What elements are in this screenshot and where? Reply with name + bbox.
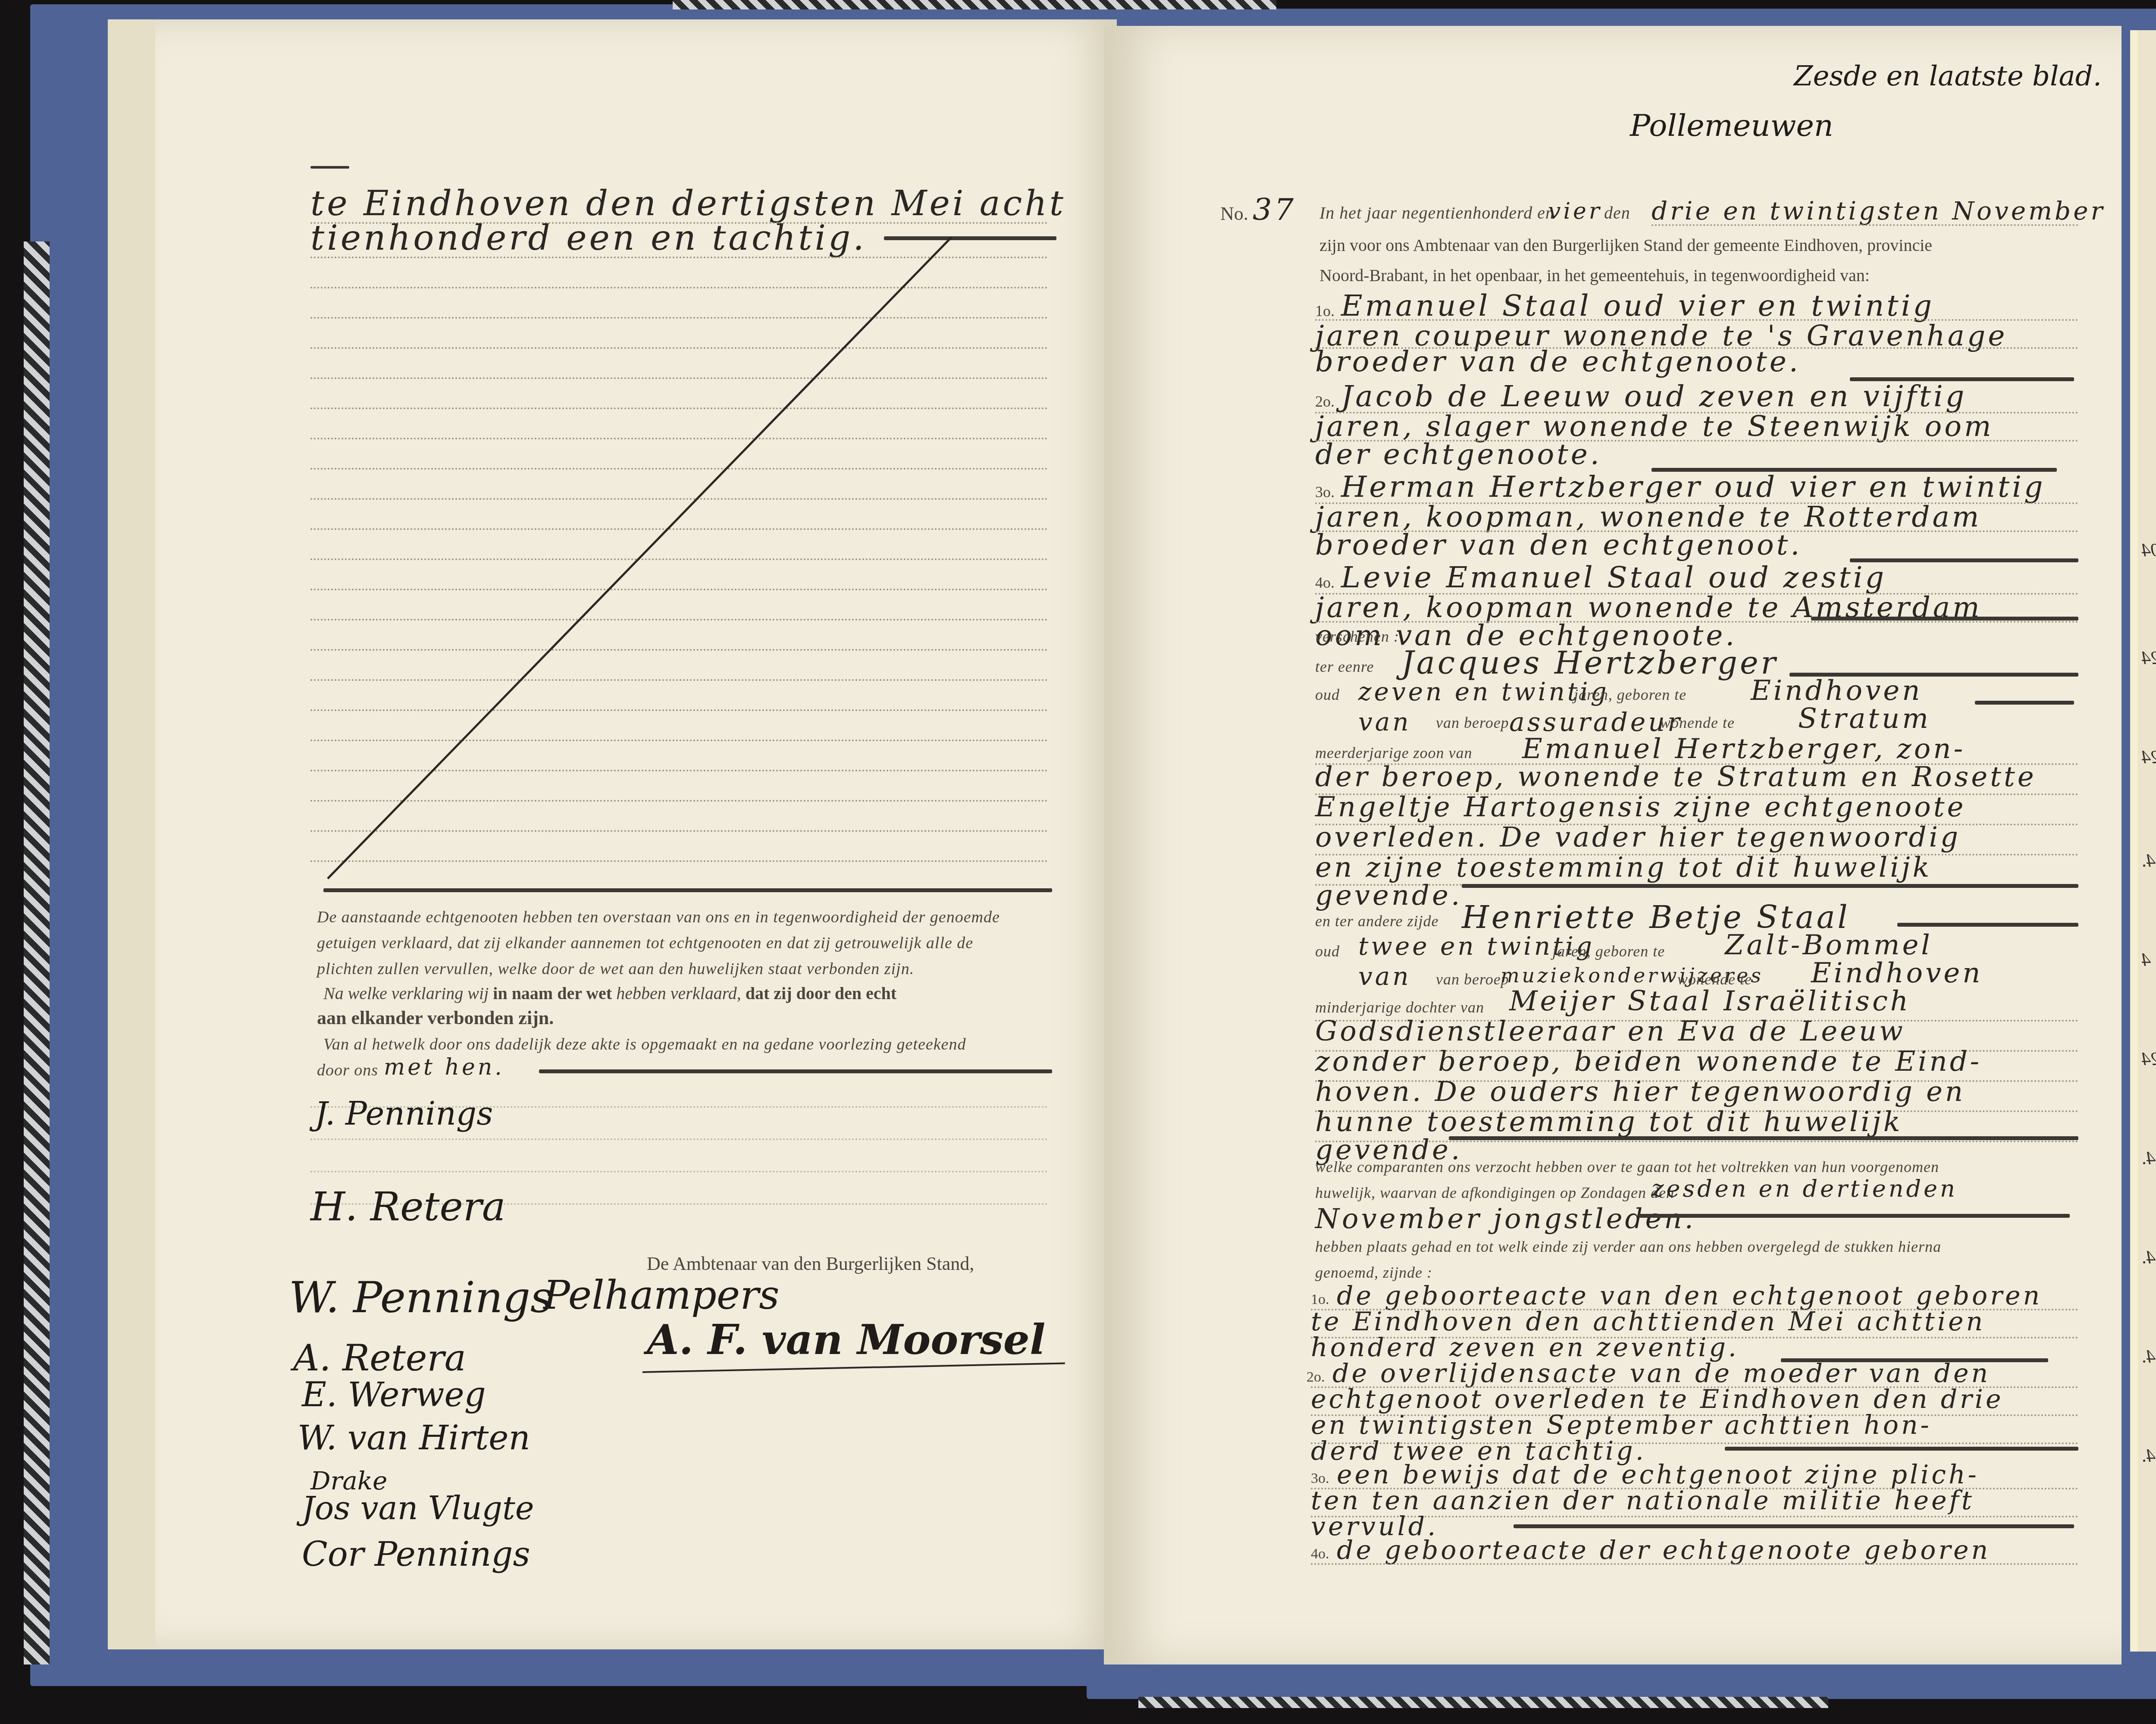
- top-note-sheet: Zesde en laatste blad.: [1794, 60, 2102, 92]
- dotted-rule: [310, 257, 1048, 258]
- dotted-rule: [310, 649, 1048, 651]
- dotted-rule: [310, 860, 1048, 862]
- groom-birthplace: Eindhoven: [1751, 675, 1922, 707]
- dotted-rule: [310, 287, 1048, 288]
- left-header-line2: tienhonderd een en tachtig.: [310, 218, 867, 258]
- witness-number: 4o.: [1315, 574, 1335, 592]
- handwritten-met-hen: met hen.: [384, 1054, 505, 1080]
- dotted-rule: [310, 407, 1048, 409]
- printed-door-ons: door ons: [317, 1061, 378, 1080]
- banns-dates: zesden en dertienden: [1651, 1175, 1958, 1202]
- signature-witness: E. Werweg: [302, 1376, 486, 1414]
- witness-line: broeder van de echtgenoote.: [1315, 345, 1801, 378]
- dotted-rule: [310, 619, 1048, 621]
- wonende-te-label: wonende te: [1660, 714, 1735, 732]
- closing-bar: [1639, 1214, 2070, 1218]
- left-page: [108, 19, 1117, 1649]
- printed-pronouncement-line2: aan elkander verbonden zijn.: [317, 1007, 554, 1029]
- documents-intro-line2: genoemd, zijnde :: [1315, 1263, 1432, 1282]
- witness-number: 2o.: [1315, 392, 1335, 411]
- dotted-rule: [310, 498, 1048, 500]
- dotted-rule: [1311, 1563, 2078, 1565]
- margin-annotation: 4.: [2141, 849, 2156, 871]
- pronouncement-italic-b: hebben verklaard,: [616, 984, 741, 1003]
- signature-official: A. F. van Moorsel: [647, 1315, 1045, 1364]
- dotted-rule: [310, 740, 1048, 741]
- margin-annotation: 1904: [2141, 539, 2156, 561]
- bride-parents-line: Meijer Staal Israëlitisch: [1509, 985, 1911, 1017]
- ter-eenre-label: ter eenre: [1315, 658, 1374, 676]
- printed-signing-statement: Van al hetwelk door ons dadelijk deze ak…: [323, 1035, 966, 1054]
- signature-witness: H. Retera: [310, 1184, 506, 1230]
- van-beroep-label: van beroep: [1436, 714, 1509, 732]
- lace-edge-left: [24, 241, 50, 1664]
- dotted-rule: [310, 558, 1048, 560]
- official-title: De Ambtenaar van den Burgerlijken Stand,: [647, 1253, 974, 1275]
- dotted-rule: [310, 1171, 1048, 1172]
- margin-annotation: 24: [2141, 746, 2156, 768]
- closing-bar: [1514, 1524, 2074, 1528]
- signature-witness: Cor Pennings: [302, 1535, 530, 1574]
- top-note-signature: Pollemeuwen: [1630, 108, 1833, 143]
- request-line2: huwelijk, waarvan de afkondigingen op Zo…: [1315, 1184, 1674, 1202]
- signature-witness: J. Pennings: [315, 1095, 493, 1132]
- documents-intro-line1: hebben plaats gehad en tot welk einde zi…: [1315, 1238, 1941, 1256]
- document-number: 4o.: [1311, 1546, 1329, 1562]
- bride-parents-line: hoven. De ouders hier tegenwoordig en: [1315, 1076, 1965, 1108]
- ter-andere-zijde-label: en ter andere zijde: [1315, 912, 1439, 930]
- zoon-van-label: meerderjarige zoon van: [1315, 744, 1473, 762]
- intro-date-hand: drie en twintigsten November: [1651, 196, 2105, 226]
- printed-pronouncement-line1: Na welke verklaring wij in naam der wet …: [323, 983, 896, 1003]
- bride-parents-line: hunne toestemming tot dit huwelijk: [1315, 1106, 1903, 1138]
- signature-witness: W. Pennings: [289, 1272, 552, 1323]
- closing-bar: [1811, 617, 2078, 621]
- pronouncement-bold-b: dat zij door den echt: [746, 984, 896, 1003]
- dotted-rule: [310, 830, 1048, 832]
- dotted-rule: [310, 1138, 1048, 1140]
- lace-edge-bottom: [1138, 1697, 1828, 1708]
- closing-bar: [1462, 884, 2078, 888]
- closing-bar: [1725, 1447, 2078, 1451]
- document-line: de geboorteacte der echtgenoote geboren: [1337, 1535, 1990, 1565]
- request-line1: welke comparanten ons verzocht hebben ov…: [1315, 1158, 1939, 1176]
- closing-bar: [884, 236, 1056, 240]
- oud-label: oud: [1315, 942, 1340, 960]
- jaren-geboren-label: jaren, geboren te: [1574, 686, 1686, 704]
- intro-line2: zijn voor ons Ambtenaar van den Burgerli…: [1319, 235, 1932, 255]
- witness-line: der echtgenoote.: [1315, 438, 1602, 471]
- closing-bar: [1449, 1136, 2078, 1140]
- document-number: 2o.: [1307, 1369, 1325, 1385]
- groom-parents-line: der beroep, wonende te Stratum en Rosett…: [1315, 761, 2037, 793]
- signature-witness: Jos van Vlugte: [302, 1490, 534, 1527]
- pronouncement-bold: in naam der wet: [493, 984, 612, 1003]
- van-hand: van: [1358, 707, 1411, 737]
- groom-parents-line: overleden. De vader hier tegenwoordig: [1315, 821, 1961, 853]
- bride-parents-line: Godsdienstleeraar en Eva de Leeuw: [1315, 1016, 1905, 1047]
- dotted-rule: [310, 438, 1048, 439]
- dotted-rule: [310, 800, 1048, 802]
- groom-parents-line: Emanuel Hertzberger, zon-: [1522, 733, 1965, 765]
- van-beroep-label: van beroep: [1436, 970, 1509, 988]
- bride-parents-line: zonder beroep, beiden wonende te Eind-: [1315, 1046, 1982, 1078]
- dotted-rule: [310, 347, 1048, 349]
- margin-annotation: 4.: [2141, 1345, 2156, 1367]
- document-number: 1o.: [1311, 1291, 1329, 1308]
- dotted-rule: [310, 468, 1048, 470]
- jaren-geboren-label: jaren, geboren te: [1552, 942, 1665, 960]
- groom-parents-line: en zijne toestemming tot dit huwelijk: [1315, 852, 1932, 884]
- intro-line1-print: In het jaar negentienhonderd en: [1319, 203, 1554, 223]
- oud-label: oud: [1315, 686, 1340, 704]
- top-rule-fragment: [310, 166, 349, 169]
- signature-witness: W. van Hirten: [298, 1419, 530, 1458]
- dotted-rule: [310, 679, 1048, 681]
- closing-bar: [1897, 923, 2078, 927]
- witness-number: 1o.: [1315, 302, 1335, 320]
- dotted-rule: [310, 377, 1048, 379]
- groom-parents-line: Engeltje Hartogensis zijne echtgenoote: [1315, 791, 1966, 823]
- van-hand: van: [1358, 962, 1411, 991]
- witness-line: broeder van den echtgenoot.: [1315, 528, 1802, 561]
- act-number-label: No.: [1220, 203, 1248, 225]
- margin-annotation: 24: [2141, 647, 2156, 669]
- dotted-rule: [310, 528, 1048, 530]
- dotted-rule: [310, 709, 1048, 711]
- groom-age: zeven en twintig: [1358, 677, 1609, 706]
- lace-edge-top: [673, 0, 1276, 9]
- dochter-van-label: minderjarige dochter van: [1315, 998, 1484, 1016]
- signature-witness: A. Retera: [293, 1337, 466, 1379]
- intro-den: den: [1604, 203, 1630, 223]
- groom-name: Jacques Hertzberger: [1401, 645, 1778, 681]
- intro-year-hand: vier: [1548, 198, 1602, 224]
- groom-residence: Stratum: [1798, 703, 1931, 735]
- document-number: 3o.: [1311, 1470, 1329, 1487]
- witness-line: Jacob de Leeuw oud zeven en vijftig: [1341, 379, 1967, 414]
- printed-declaration-line1: De aanstaande echtgenooten hebben ten ov…: [317, 908, 1000, 927]
- section-divider-bar: [323, 888, 1052, 892]
- signature-line-bar: [539, 1069, 1052, 1073]
- dotted-rule: [310, 770, 1048, 771]
- witness-number: 3o.: [1315, 483, 1335, 501]
- signature-witness: Pelhampers: [543, 1272, 780, 1318]
- margin-annotation: 4: [2141, 949, 2151, 971]
- banns-month: November jongstleden.: [1315, 1203, 1696, 1235]
- margin-annotation: 4.: [2141, 1246, 2156, 1268]
- bride-residence: Eindhoven: [1811, 957, 1983, 989]
- pronouncement-italic: Na welke verklaring wij: [323, 984, 489, 1003]
- bride-birthplace: Zalt-Bommel: [1725, 929, 1933, 961]
- witness-line: Emanuel Staal oud vier en twintig: [1341, 289, 1934, 323]
- printed-declaration-line3: plichten zullen vervullen, welke door de…: [317, 959, 914, 978]
- witness-line: Herman Hertzberger oud vier en twintig: [1341, 470, 2046, 504]
- margin-annotation: 24.: [2141, 1147, 2156, 1169]
- intro-line3: Noord-Brabant, in het openbaar, in het g…: [1319, 265, 1870, 285]
- verschenen-label: verschenen :: [1315, 627, 1399, 646]
- dotted-rule: [310, 589, 1048, 590]
- margin-annotation: 24: [2141, 1048, 2156, 1070]
- next-page-margin-strip: 1904 24 24 4. 4 24 24. 4. 4. 24.: [2130, 30, 2156, 1652]
- dotted-rule: [310, 317, 1048, 319]
- dotted-rule: [1651, 224, 2078, 226]
- witness-line: Levie Emanuel Staal oud zestig: [1341, 561, 1887, 595]
- closing-bar: [1975, 701, 2074, 705]
- act-number: 37: [1253, 192, 1296, 227]
- margin-annotation: 24.: [2141, 1445, 2156, 1467]
- groom-parents-line: gevende.: [1315, 880, 1462, 912]
- printed-declaration-line2: getuigen verklaard, dat zij elkander aan…: [317, 934, 973, 953]
